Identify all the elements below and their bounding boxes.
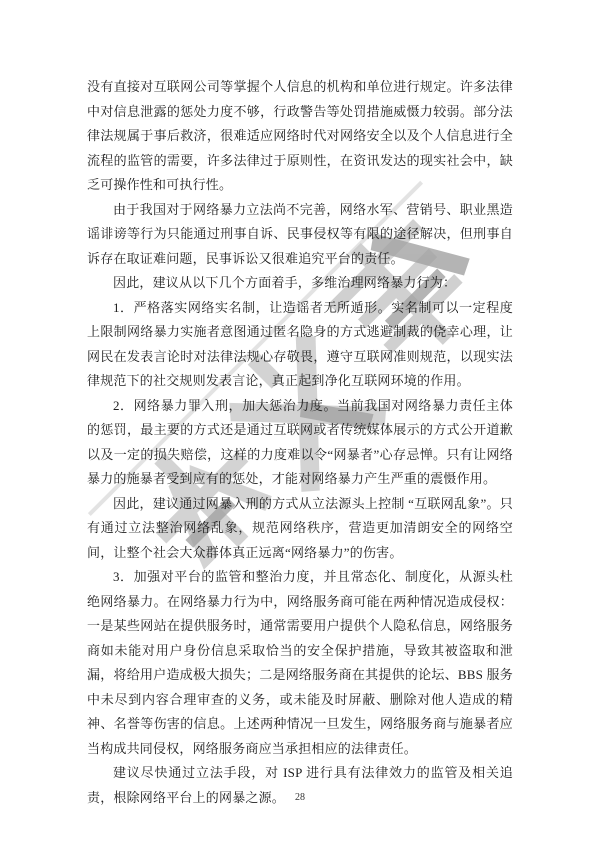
paragraph: 因此，建议通过网暴入刑的方式从立法源头上控制 “互联网乱象”。只有通过立法整治网…	[87, 492, 513, 566]
paragraph: 没有直接对互联网公司等掌握个人信息的机构和单位进行规定。许多法律中对信息泄露的惩…	[87, 75, 513, 198]
page-number: 28	[0, 792, 600, 803]
document-page: 没有直接对互联网公司等掌握个人信息的机构和单位进行规定。许多法律中对信息泄露的惩…	[0, 0, 600, 849]
paragraph: 1．严格落实网络实名制，让造谣者无所遁形。实名制可以一定程度上限制网络暴力实施者…	[87, 296, 513, 394]
paragraph: 2．网络暴力罪入刑，加大惩治力度。当前我国对网络暴力责任主体的惩罚，最主要的方式…	[87, 394, 513, 492]
document-body: 没有直接对互联网公司等掌握个人信息的机构和单位进行规定。许多法律中对信息泄露的惩…	[87, 75, 513, 810]
paragraph: 3．加强对平台的监管和整治力度，并且常态化、制度化，从源头杜绝网络暴力。在网络暴…	[87, 565, 513, 761]
paragraph: 因此，建议从以下几个方面着手，多维治理网络暴力行为：	[87, 271, 513, 296]
paragraph: 由于我国对于网络暴力立法尚不完善，网络水军、营销号、职业黑造谣诽谤等行为只能通过…	[87, 198, 513, 272]
